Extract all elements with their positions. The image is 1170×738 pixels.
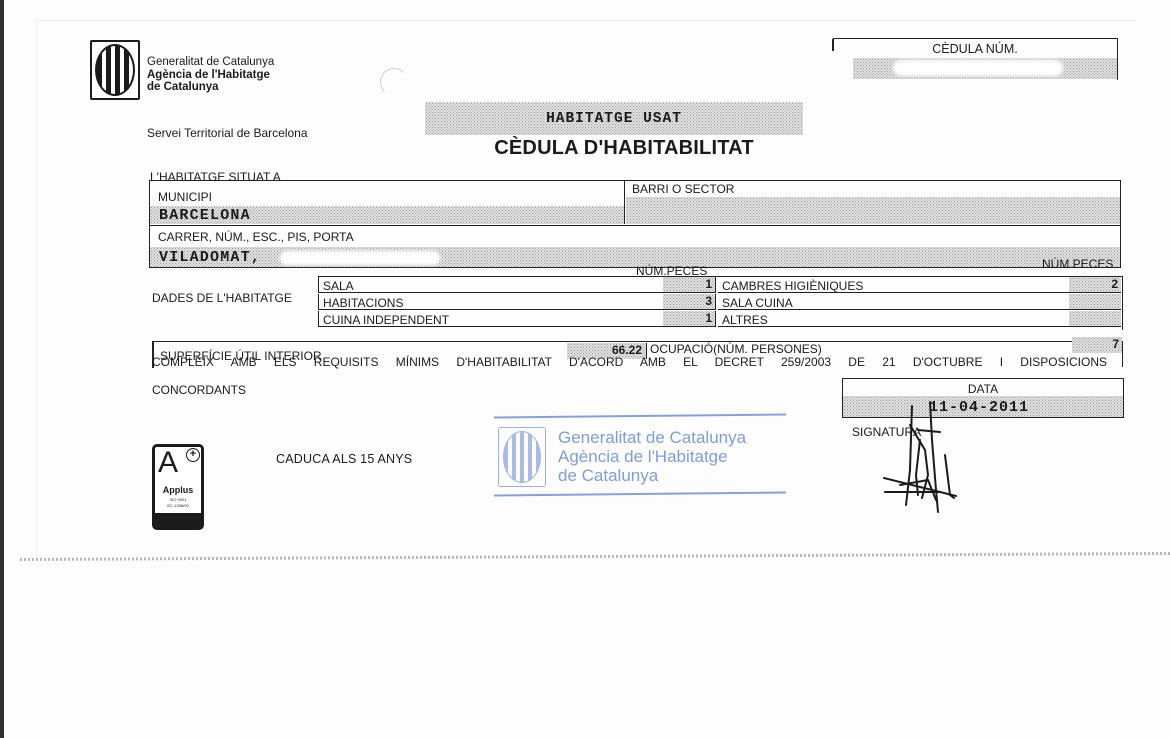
district-cell: BARRI O SECTOR [626,181,1120,224]
document-subtitle-bar: HABITATGE USAT [425,102,803,135]
room-row: ALTRES [718,311,1121,327]
handwritten-signature [870,400,980,520]
room-label: ALTRES [722,313,768,327]
location-table: MUNICIPI BARCELONA BARRI O SECTOR CARRER… [149,180,1121,268]
certification-iso: ISO 9001 [155,497,201,502]
service-name: Servei Territorial de Barcelona [147,126,308,140]
org-line-3: de Catalunya [147,81,274,94]
occupancy-value: 7 [1072,337,1122,353]
organization-name: Generalitat de Catalunya Agència de l'Ha… [147,56,274,94]
stamp-text: Generalitat de Catalunya Agència de l'Ha… [558,428,746,485]
expiry-notice: CADUCA ALS 15 ANYS [276,452,412,466]
municipality-label: MUNICIPI [158,190,212,204]
page-bottom-edge [20,552,1170,561]
room-label: CUINA INDEPENDENT [323,313,449,327]
paper-edge [36,20,1136,21]
dwelling-table: SALA 1 HABITACIONS 3 CUINA INDEPENDENT 1… [318,276,1123,330]
applus-certification-badge: A + Applus ISO 9001 EC-1356/09 [152,444,204,530]
punch-hole-mark [380,68,408,96]
room-count [1069,294,1121,309]
district-label: BARRI O SECTOR [632,182,734,196]
document-title: CÈDULA D'HABITABILITAT [425,137,823,160]
location-row: MUNICIPI BARCELONA BARRI O SECTOR [150,181,1120,226]
certification-footer [155,513,201,527]
stamp-shield-icon [498,427,546,487]
document-subtitle: HABITATGE USAT [425,111,803,127]
cedula-number-value [853,58,1117,79]
address-value: VILADOMAT, [159,249,261,266]
room-row: CAMBRES HIGIÈNIQUES 2 [718,277,1121,293]
dwelling-data-label: DADES DE L'HABITATGE [152,291,292,305]
room-label: CAMBRES HIGIÈNIQUES [722,279,863,293]
municipality-value: BARCELONA [159,207,251,224]
org-line-1: Generalitat de Catalunya [147,56,274,69]
plus-icon: + [186,448,200,462]
redaction [280,251,440,265]
paper-edge [36,20,37,560]
cedula-number-box: CÈDULA NÚM. [833,38,1118,80]
compliance-statement-cont: CONCORDANTS [152,383,246,397]
room-label: SALA [323,279,354,293]
official-stamp: Generalitat de Catalunya Agència de l'Ha… [494,415,786,503]
certification-mark: A [158,447,178,479]
certification-brand: Applus [155,485,201,495]
certification-code: EC-1356/09 [155,503,201,508]
compliance-statement: COMPLEIX AMB ELS REQUISITS MÍNIMS D'HABI… [152,356,1107,369]
room-label: SALA CUINA [722,296,793,310]
district-field [626,197,1120,224]
room-row: CUINA INDEPENDENT 1 [318,311,716,327]
address-label: CARRER, NÚM., ESC., PIS, PORTA [158,230,354,244]
redaction [893,60,1063,76]
room-row: SALA 1 [318,277,716,293]
rooms-count-header: NÚM.PECES [1042,257,1113,271]
municipality-field: BARCELONA [150,206,624,224]
room-row: SALA CUINA [718,294,1121,310]
stamp-line-3: de Catalunya [558,466,746,485]
catalonia-shield-icon [90,40,140,100]
room-row: HABITACIONS 3 [318,294,716,310]
address-field: VILADOMAT, [150,247,1120,267]
occupancy-label: OCUPACIÓ(NÚM. PERSONES) [650,342,822,356]
room-count: 3 [663,294,715,309]
room-label: HABITACIONS [323,296,403,310]
org-line-2: Agència de l'Habitatge [147,69,274,82]
stamp-line-1: Generalitat de Catalunya [558,428,746,447]
municipality-cell: MUNICIPI BARCELONA [150,181,625,224]
room-count: 1 [663,311,715,326]
stamp-line-2: Agència de l'Habitatge [558,447,746,466]
room-count: 2 [1069,277,1121,292]
scan-edge [0,0,4,738]
room-count [1069,311,1121,326]
date-label: DATA [843,382,1123,396]
cedula-number-label: CÈDULA NÚM. [833,42,1117,56]
room-count: 1 [663,277,715,292]
